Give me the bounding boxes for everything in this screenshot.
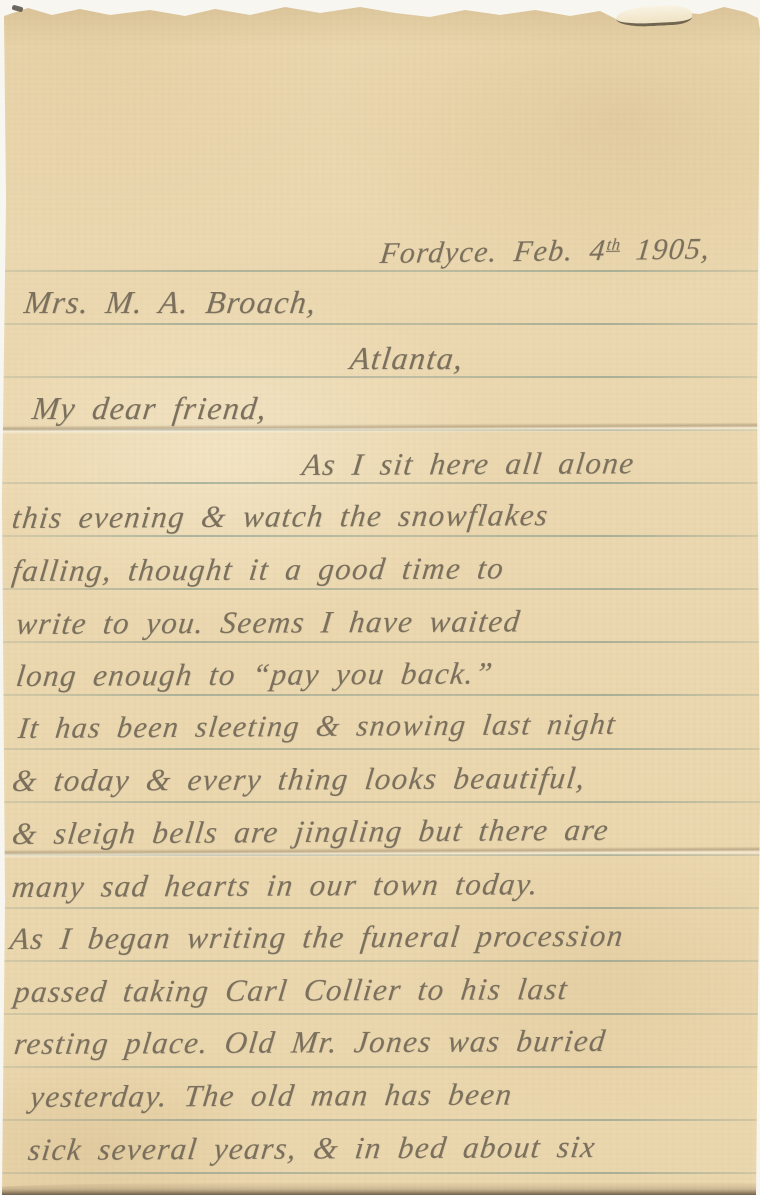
handwritten-body-line-9: many sad hearts in our town today. (10, 864, 541, 907)
text-segment: write to you. Seems I have waited (14, 603, 522, 641)
text-segment: sick several years, & in bed about six (26, 1129, 598, 1167)
handwritten-dateline: Fordyce. Feb. 4th 1905, (378, 223, 713, 274)
ruled-line-15 (0, 1013, 760, 1015)
letter-page: Fordyce. Feb. 4th 1905,Mrs. M. A. Broach… (0, 0, 760, 1195)
text-segment: It has been sleeting & snowing last nigh… (16, 708, 618, 745)
handwritten-body-line-8: & sleigh bells are jingling but there ar… (10, 810, 611, 854)
text-segment: Mrs. M. A. Broach, (22, 284, 319, 320)
ruled-line-13 (0, 907, 760, 909)
handwritten-body-line-13: yesterday. The old man has been (28, 1074, 515, 1117)
ruled-line-11 (0, 801, 760, 803)
text-segment: this evening & watch the snowflakes (10, 497, 550, 535)
ruled-line-16 (0, 1066, 760, 1068)
handwritten-body-line-10: As I began writing the funeral processio… (8, 916, 626, 959)
handwritten-body-line-4: write to you. Seems I have waited (14, 601, 523, 644)
handwritten-body-line-2: this evening & watch the snowflakes (10, 495, 551, 538)
handwritten-body-line-5: long enough to “pay you back.” (14, 654, 496, 696)
handwritten-recipient-line: Mrs. M. A. Broach, (22, 282, 319, 322)
scanned-letter: Fordyce. Feb. 4th 1905,Mrs. M. A. Broach… (0, 0, 760, 1195)
bottom-edge-shadow (0, 1182, 760, 1195)
text-segment: & today & every thing looks beautiful, (10, 760, 588, 798)
text-segment: & sleigh bells are jingling but there ar… (10, 812, 611, 851)
ruled-line-17 (0, 1119, 760, 1121)
ruled-line-4 (0, 429, 760, 431)
ruled-line-14 (0, 960, 760, 962)
ruled-line-2 (0, 323, 760, 325)
text-segment: falling, thought it a good time to (10, 550, 506, 588)
handwritten-body-line-1: As I sit here all alone (300, 443, 637, 485)
text-segment: many sad hearts in our town today. (10, 866, 541, 904)
handwritten-body-line-11: passed taking Carl Collier to his last (12, 969, 570, 1012)
text-segment: yesterday. The old man has been (28, 1076, 514, 1114)
text-segment: resting place. Old Mr. Jones was buried (12, 1023, 608, 1061)
paper-grain-texture (0, 0, 760, 1195)
handwritten-salutation-line: My dear friend, (30, 388, 270, 428)
handwritten-body-line-12: resting place. Old Mr. Jones was buried (12, 1021, 608, 1064)
handwritten-recipient-city-line: Atlanta, (348, 338, 466, 378)
handwritten-body-line-6: It has been sleeting & snowing last nigh… (16, 705, 618, 749)
handwritten-body-line-7: & today & every thing looks beautiful, (10, 758, 588, 801)
text-segment: passed taking Carl Collier to his last (12, 971, 570, 1009)
handwritten-body-line-3: falling, thought it a good time to (10, 548, 507, 591)
text-segment: long enough to “pay you back.” (14, 656, 495, 693)
text-segment: My dear friend, (30, 390, 269, 426)
handwritten-body-line-14: sick several years, & in bed about six (26, 1127, 598, 1170)
ruled-line-18 (0, 1172, 760, 1174)
text-segment: As I began writing the funeral processio… (8, 918, 626, 956)
ruled-line-12 (0, 854, 760, 856)
text-segment: As I sit here all alone (300, 445, 636, 482)
edge-speck (12, 5, 24, 13)
text-segment: Atlanta, (348, 340, 466, 376)
text-segment: Fordyce. Feb. 4 (378, 234, 607, 270)
text-segment: 1905, (618, 232, 712, 266)
